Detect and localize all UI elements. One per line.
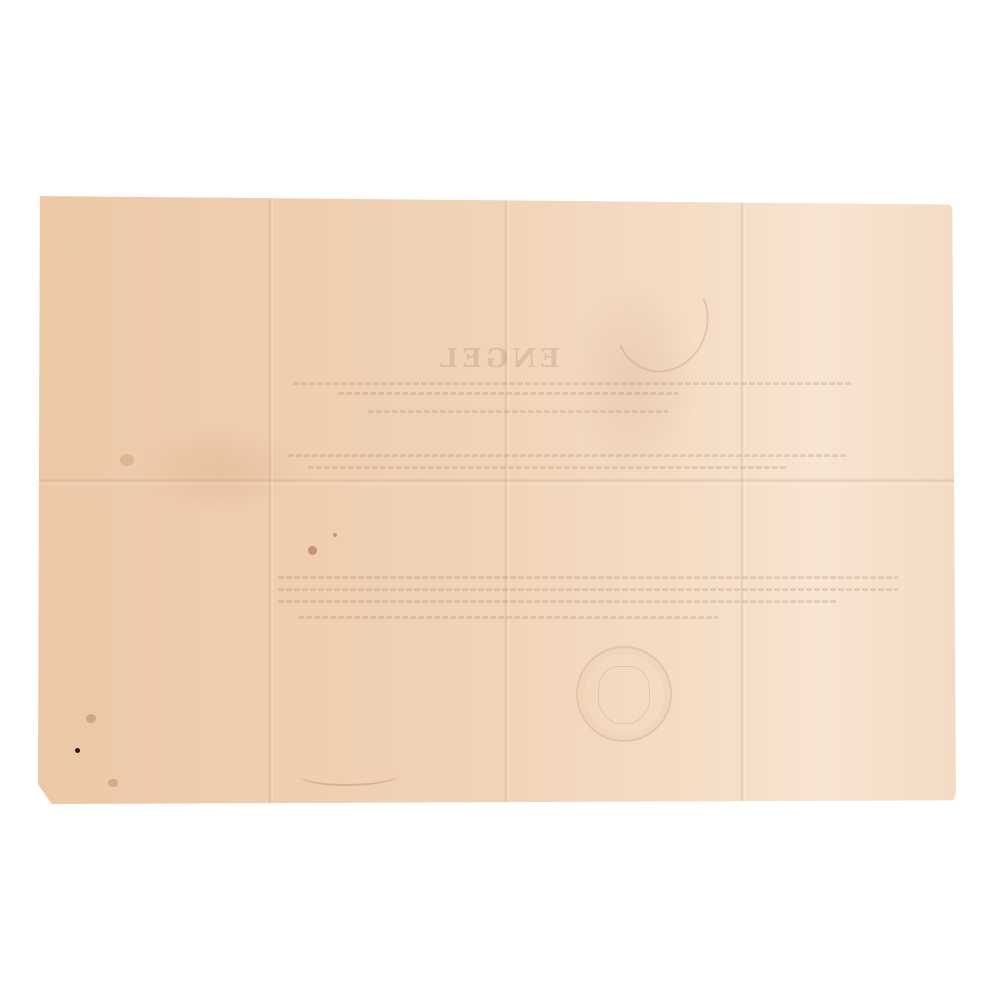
vertical-fold-crease: [740, 196, 746, 804]
seal-emblem: [598, 666, 650, 724]
horizontal-fold-crease: [38, 478, 956, 486]
bleed-through-text-line: [278, 588, 898, 591]
aged-paper-document: ENGEL: [38, 196, 956, 804]
bleed-through-text-line: [338, 392, 678, 395]
foxing-spot: [333, 533, 337, 537]
signature-flourish: [300, 764, 400, 786]
ink-dot: [75, 748, 80, 753]
foxing-spot: [120, 454, 134, 466]
stain-ring: [601, 258, 722, 385]
foxing-spot: [308, 546, 317, 555]
bleed-through-title: ENGEL: [436, 344, 560, 374]
bleed-through-text-line: [308, 466, 788, 469]
bleed-through-text-line: [278, 600, 838, 603]
bleed-through-text-line: [288, 454, 848, 457]
vertical-fold-crease: [268, 196, 274, 804]
embossed-seal: [576, 646, 672, 742]
foxing-spot: [86, 714, 96, 723]
bleed-through-text-line: [278, 576, 898, 579]
bleed-through-text-line: [293, 382, 853, 385]
bleed-through-text-line: [368, 410, 668, 413]
vertical-fold-crease: [504, 196, 510, 804]
foxing-spot: [108, 779, 118, 787]
bleed-through-text-line: [298, 616, 718, 619]
